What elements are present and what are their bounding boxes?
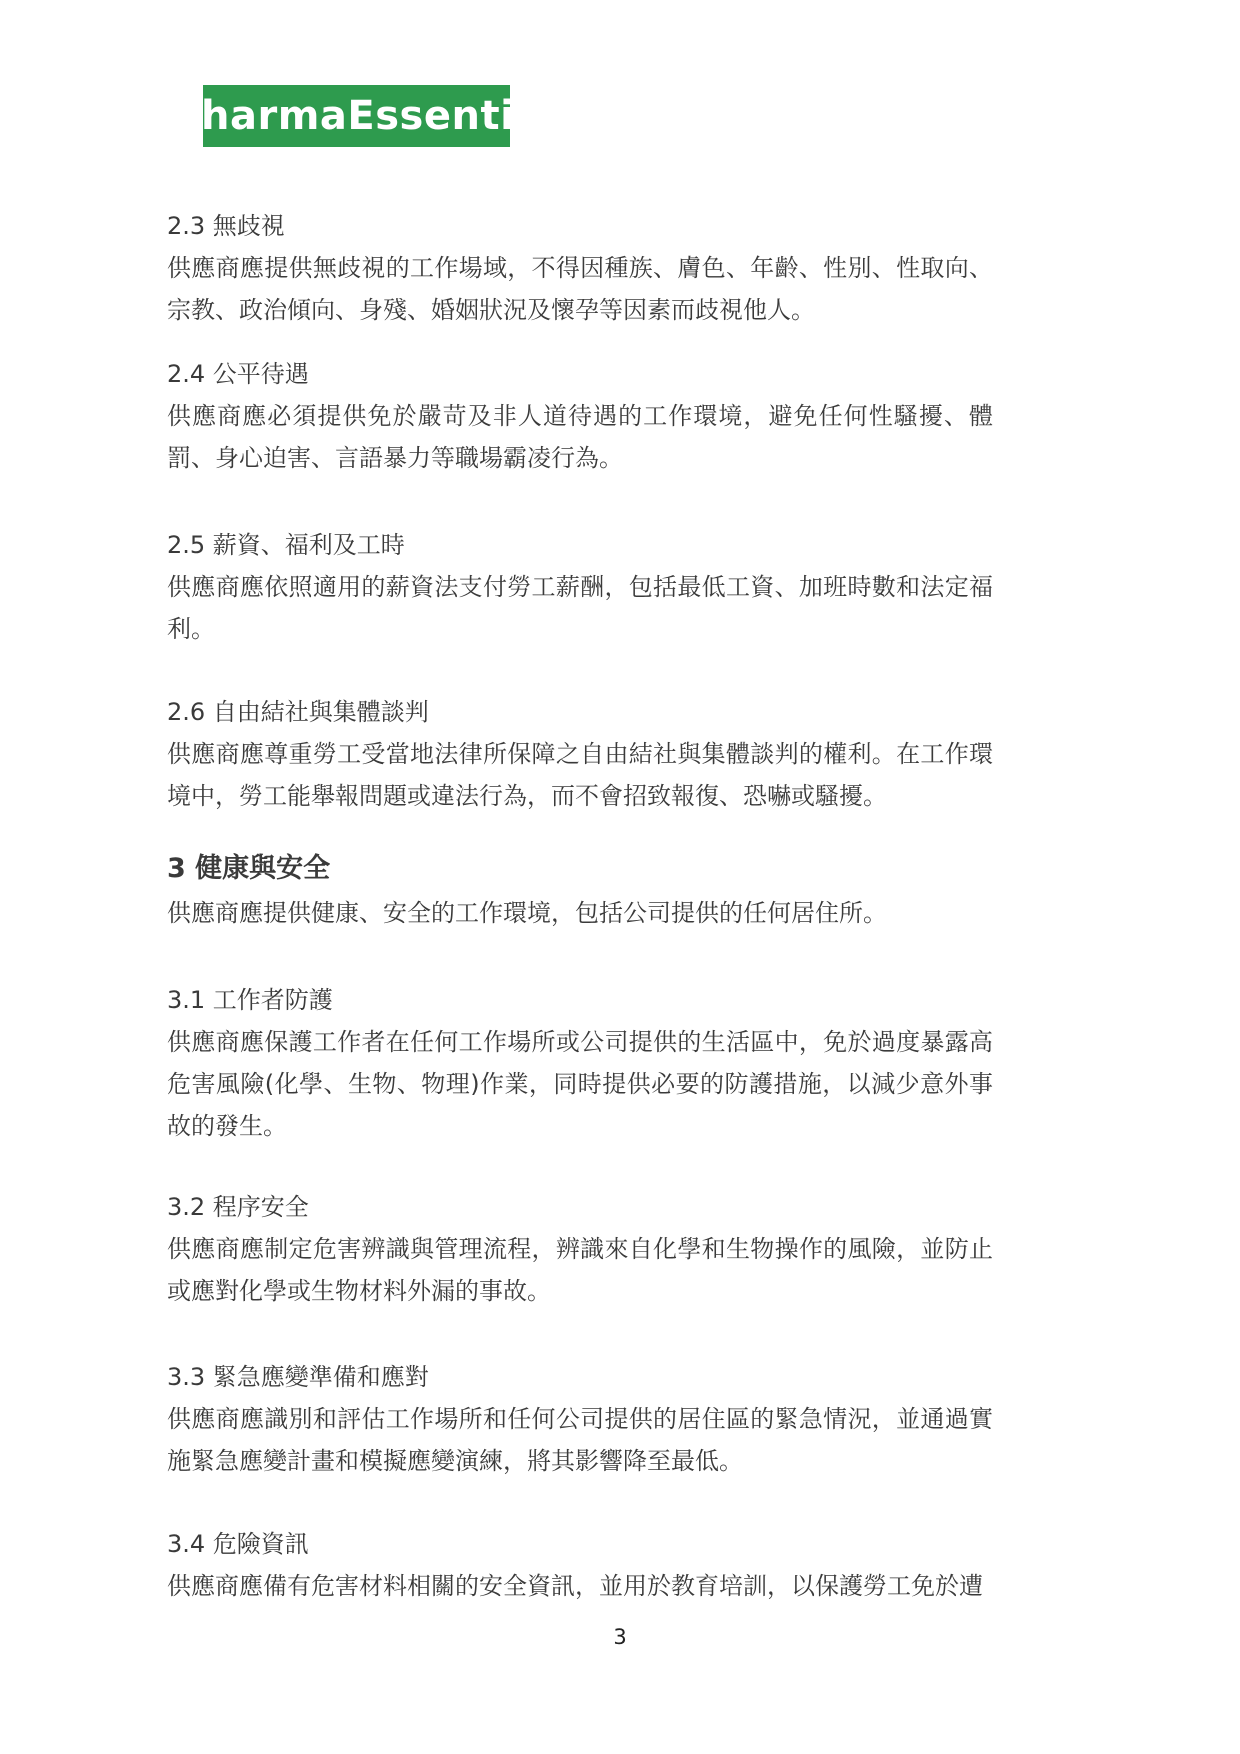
section-heading: 2.3 無歧視: [167, 205, 993, 247]
document-page: PharmaEssentia 2.3 無歧視 供應商應提供無歧視的工作場域，不得…: [0, 0, 1240, 1754]
section-heading: 2.5 薪資、福利及工時: [167, 524, 993, 566]
section-paragraph: 供應商應尊重勞工受當地法律所保障之自由結社與集體談判的權利。在工作環境中，勞工能…: [167, 733, 993, 817]
section-3-3: 3.3 緊急應變準備和應對 供應商應識別和評估工作場所和任何公司提供的居住區的緊…: [167, 1356, 993, 1482]
page-number: 3: [0, 1625, 1240, 1649]
document-body: 2.3 無歧視 供應商應提供無歧視的工作場域，不得因種族、膚色、年齡、性別、性取…: [167, 205, 993, 1607]
section-2-5: 2.5 薪資、福利及工時 供應商應依照適用的薪資法支付勞工薪酬，包括最低工資、加…: [167, 524, 993, 650]
section-heading: 3 健康與安全: [167, 846, 993, 892]
section-heading: 3.1 工作者防護: [167, 979, 993, 1021]
section-3-2: 3.2 程序安全 供應商應制定危害辨識與管理流程，辨識來自化學和生物操作的風險，…: [167, 1186, 993, 1312]
section-paragraph: 供應商應提供健康、安全的工作環境，包括公司提供的任何居住所。: [167, 892, 993, 934]
section-heading: 3.3 緊急應變準備和應對: [167, 1356, 993, 1398]
section-paragraph: 供應商應提供無歧視的工作場域，不得因種族、膚色、年齡、性別、性取向、宗教、政治傾…: [167, 247, 993, 331]
section-paragraph: 供應商應依照適用的薪資法支付勞工薪酬，包括最低工資、加班時數和法定福利。: [167, 566, 993, 650]
section-paragraph: 供應商應必須提供免於嚴苛及非人道待遇的工作環境，避免任何性騷擾、體罰、身心迫害、…: [167, 395, 993, 479]
section-paragraph: 供應商應備有危害材料相關的安全資訊，並用於教育培訓，以保護勞工免於遭: [167, 1565, 993, 1607]
logo-text: PharmaEssentia: [171, 96, 542, 136]
section-3-4: 3.4 危險資訊 供應商應備有危害材料相關的安全資訊，並用於教育培訓，以保護勞工…: [167, 1523, 993, 1607]
section-paragraph: 供應商應制定危害辨識與管理流程，辨識來自化學和生物操作的風險，並防止或應對化學或…: [167, 1228, 993, 1312]
section-heading: 3.4 危險資訊: [167, 1523, 993, 1565]
section-heading: 2.4 公平待遇: [167, 353, 993, 395]
section-heading: 2.6 自由結社與集體談判: [167, 691, 993, 733]
section-3: 3 健康與安全 供應商應提供健康、安全的工作環境，包括公司提供的任何居住所。: [167, 846, 993, 934]
section-2-3: 2.3 無歧視 供應商應提供無歧視的工作場域，不得因種族、膚色、年齡、性別、性取…: [167, 205, 993, 331]
section-paragraph: 供應商應保護工作者在任何工作場所或公司提供的生活區中，免於過度暴露高危害風險(化…: [167, 1021, 993, 1147]
section-2-6: 2.6 自由結社與集體談判 供應商應尊重勞工受當地法律所保障之自由結社與集體談判…: [167, 691, 993, 817]
section-paragraph: 供應商應識別和評估工作場所和任何公司提供的居住區的緊急情況，並通過實施緊急應變計…: [167, 1398, 993, 1482]
section-heading: 3.2 程序安全: [167, 1186, 993, 1228]
pharmaessentia-logo: PharmaEssentia: [203, 85, 510, 147]
section-3-1: 3.1 工作者防護 供應商應保護工作者在任何工作場所或公司提供的生活區中，免於過…: [167, 979, 993, 1147]
section-2-4: 2.4 公平待遇 供應商應必須提供免於嚴苛及非人道待遇的工作環境，避免任何性騷擾…: [167, 353, 993, 479]
